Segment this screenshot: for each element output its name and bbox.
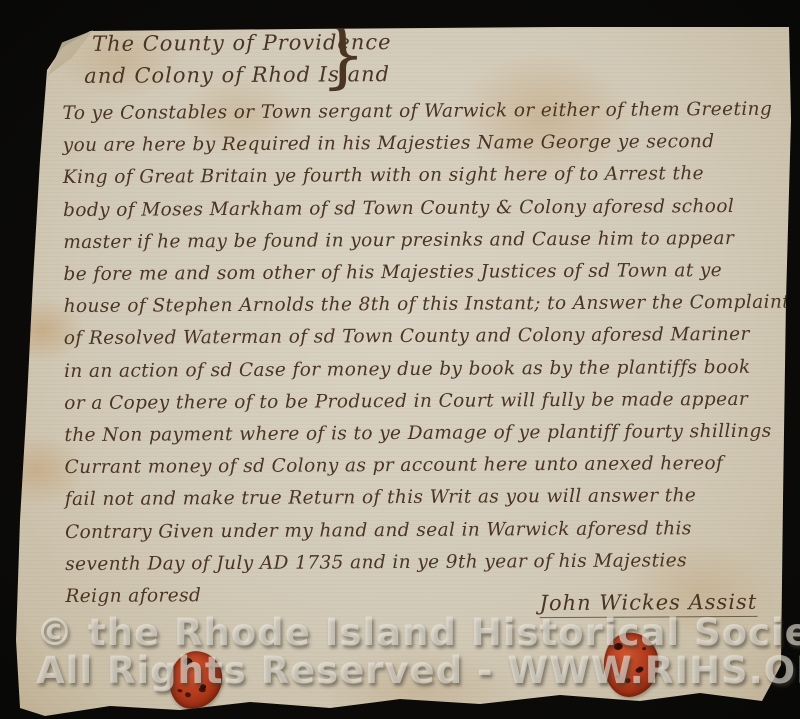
manuscript-line: King of Great Britain ye fourth with on …: [63, 163, 773, 188]
header-brace: }: [320, 18, 366, 90]
signature: John Wickes Assist: [539, 590, 757, 618]
manuscript-line: body of Moses Markham of sd Town County …: [63, 195, 773, 220]
manuscript-line: master if he may be found in your presin…: [63, 228, 773, 253]
wax-seal-right: [600, 630, 662, 700]
manuscript-paper: The County of Providence and Colony of R…: [0, 0, 800, 719]
manuscript-content: The County of Providence and Colony of R…: [0, 0, 800, 719]
manuscript-line: house of Stephen Arnolds the 8th of this…: [64, 292, 774, 317]
manuscript-line: of Resolved Waterman of sd Town County a…: [64, 324, 774, 349]
manuscript-line: you are here by Required in his Majestie…: [63, 131, 773, 156]
manuscript-line: fail not and make true Return of this Wr…: [65, 485, 775, 510]
manuscript-line: the Non payment where of is to ye Damage…: [64, 421, 774, 446]
manuscript-line: Contrary Given under my hand and seal in…: [65, 517, 775, 542]
manuscript-line: Currant money of sd Colony as pr account…: [65, 453, 775, 478]
manuscript-line: or a Copey there of to be Produced in Co…: [64, 389, 774, 414]
photo-background: The County of Providence and Colony of R…: [0, 0, 800, 719]
manuscript-line: seventh Day of July AD 1735 and in ye 9t…: [65, 550, 775, 575]
manuscript-line: be fore me and som other of his Majestie…: [63, 260, 773, 285]
wax-seal-left: [166, 648, 225, 712]
manuscript-body: To ye Constables or Town sergant of Warw…: [0, 0, 798, 2]
manuscript-line: in an action of sd Case for money due by…: [64, 356, 774, 381]
manuscript-line: To ye Constables or Town sergant of Warw…: [62, 99, 772, 124]
